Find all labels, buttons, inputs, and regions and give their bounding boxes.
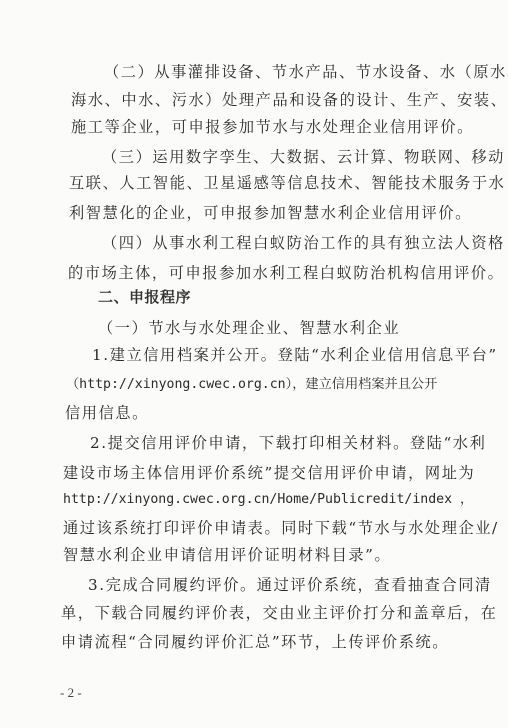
section-heading: 二、申报程序 — [98, 287, 191, 307]
paragraph-4-line-2: 的市场主体，可申报参加水利工程白蚁防治机构信用评价。 — [68, 263, 504, 283]
step-1-line-1: 1.建立信用档案并公开。登陆“水利企业信用信息平台” — [92, 345, 498, 365]
step-2-line-1: 2.提交信用评价申请，下载打印相关材料。登陆“水利 — [90, 433, 486, 453]
paragraph-2-line-2: 海水、中水、污水）处理产品和设备的设计、生产、安装、 — [71, 90, 507, 110]
paragraph-3-line-2: 互联、人工智能、卫星遥感等信息技术、智能技术服务于水 — [69, 173, 505, 193]
subsection-heading: （一）节水与水处理企业、智慧水利企业 — [98, 318, 400, 338]
step-3-line-1: 3.完成合同履约评价。通过评价系统，查看抽查合同清 — [88, 575, 492, 595]
step-2-line-4: 通过该系统打印评价申请表。同时下载“节水与水处理企业/ — [63, 518, 499, 538]
step-2-line-5: 智慧水利企业申请信用评价证明材料目录”。 — [63, 545, 391, 565]
step-1-line-2: （http://xinyong.cwec.org.cn），建立信用档案并且公开 — [66, 375, 437, 395]
paragraph-2-line-3: 施工等企业，可申报参加节水与水处理企业信用评价。 — [71, 117, 474, 137]
paragraph-3-line-3: 利智慧化的企业，可申报参加智慧水利企业信用评价。 — [69, 203, 472, 223]
step-1-line-3: 信用信息。 — [65, 403, 149, 423]
page-number: - 2 - — [60, 685, 82, 701]
step-2-line-2: 建设市场主体信用评价系统”提交信用评价申请，网址为 — [63, 463, 475, 483]
step-2-url-line: http://xinyong.cwec.org.cn/Home/Publicre… — [63, 490, 473, 510]
step-3-line-3: 申请流程“合同履约评价汇总”环节，上传评价系统。 — [61, 632, 449, 652]
paragraph-4-line-1: （四）从事水利工程白蚁防治工作的具有独立法人资格 — [102, 233, 505, 253]
paragraph-3-line-1: （三）运用数字孪生、大数据、云计算、物联网、移动 — [102, 147, 505, 167]
paragraph-2-line-1: （二）从事灌排设备、节水产品、节水设备、水（原水、 — [104, 62, 508, 82]
step-3-line-2: 单，下载合同履约评价表，交由业主评价打分和盖章后，在 — [61, 603, 497, 623]
